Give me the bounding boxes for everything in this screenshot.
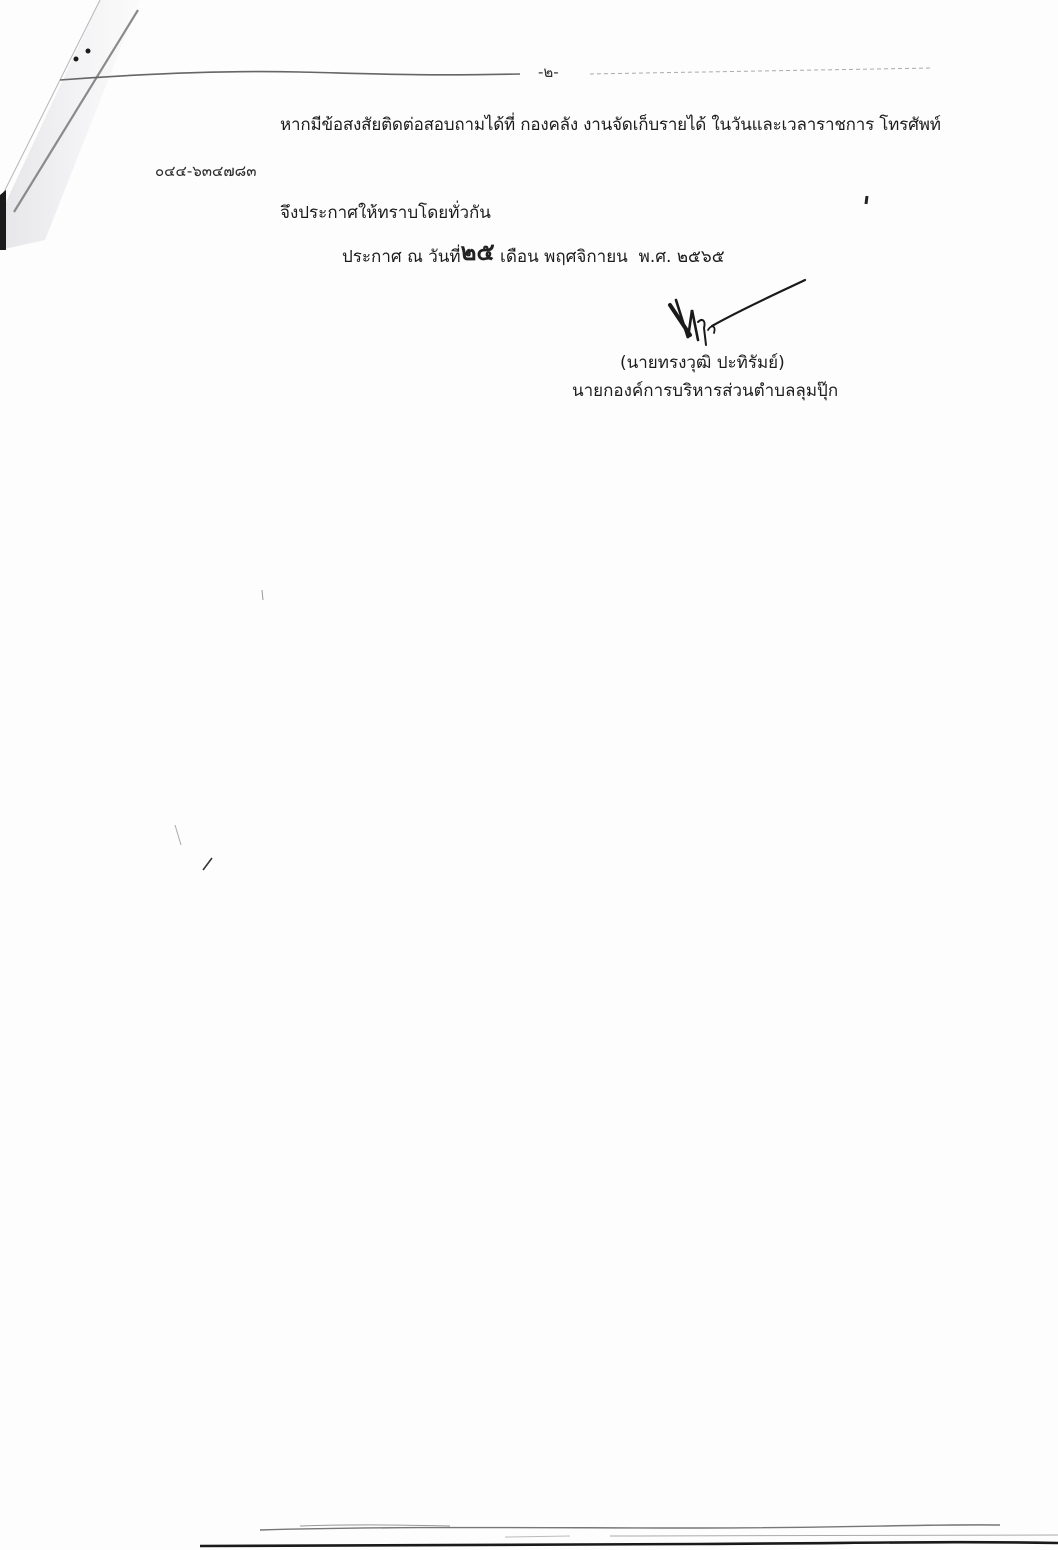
year-label: พ.ศ. [639, 247, 672, 267]
date-prefix: ประกาศ ณ วันที่ [342, 247, 461, 267]
signature-mark [670, 280, 805, 345]
signer-name: (นายทรงวุฒิ ปะทิรัมย์) [620, 352, 785, 374]
document-page: -๒- หากมีข้อสงสัยติดต่อสอบถามได้ที่ กองค… [0, 0, 1058, 1550]
year-value: ๒๕๖๕ [677, 247, 725, 267]
page-number: -๒- [538, 60, 559, 84]
date-line: ประกาศ ณ วันที่๒๕ เดือน พฤศจิกายน พ.ศ. ๒… [342, 243, 725, 268]
signer-title: นายกองค์การบริหารส่วนตำบลลุมปุ๊ก [572, 380, 838, 402]
announcement-line: จึงประกาศให้ทราบโดยทั่วกัน [280, 202, 491, 224]
contact-paragraph: หากมีข้อสงสัยติดต่อสอบถามได้ที่ กองคลัง … [280, 114, 941, 136]
handwritten-day: ๒๕ [461, 241, 495, 263]
month-label: เดือน [500, 247, 539, 267]
month-value: พฤศจิกายน [544, 247, 628, 267]
scan-artifacts [0, 0, 1058, 1550]
phone-number: ๐๔๔-๖๓๔๗๘๓ [155, 160, 257, 182]
